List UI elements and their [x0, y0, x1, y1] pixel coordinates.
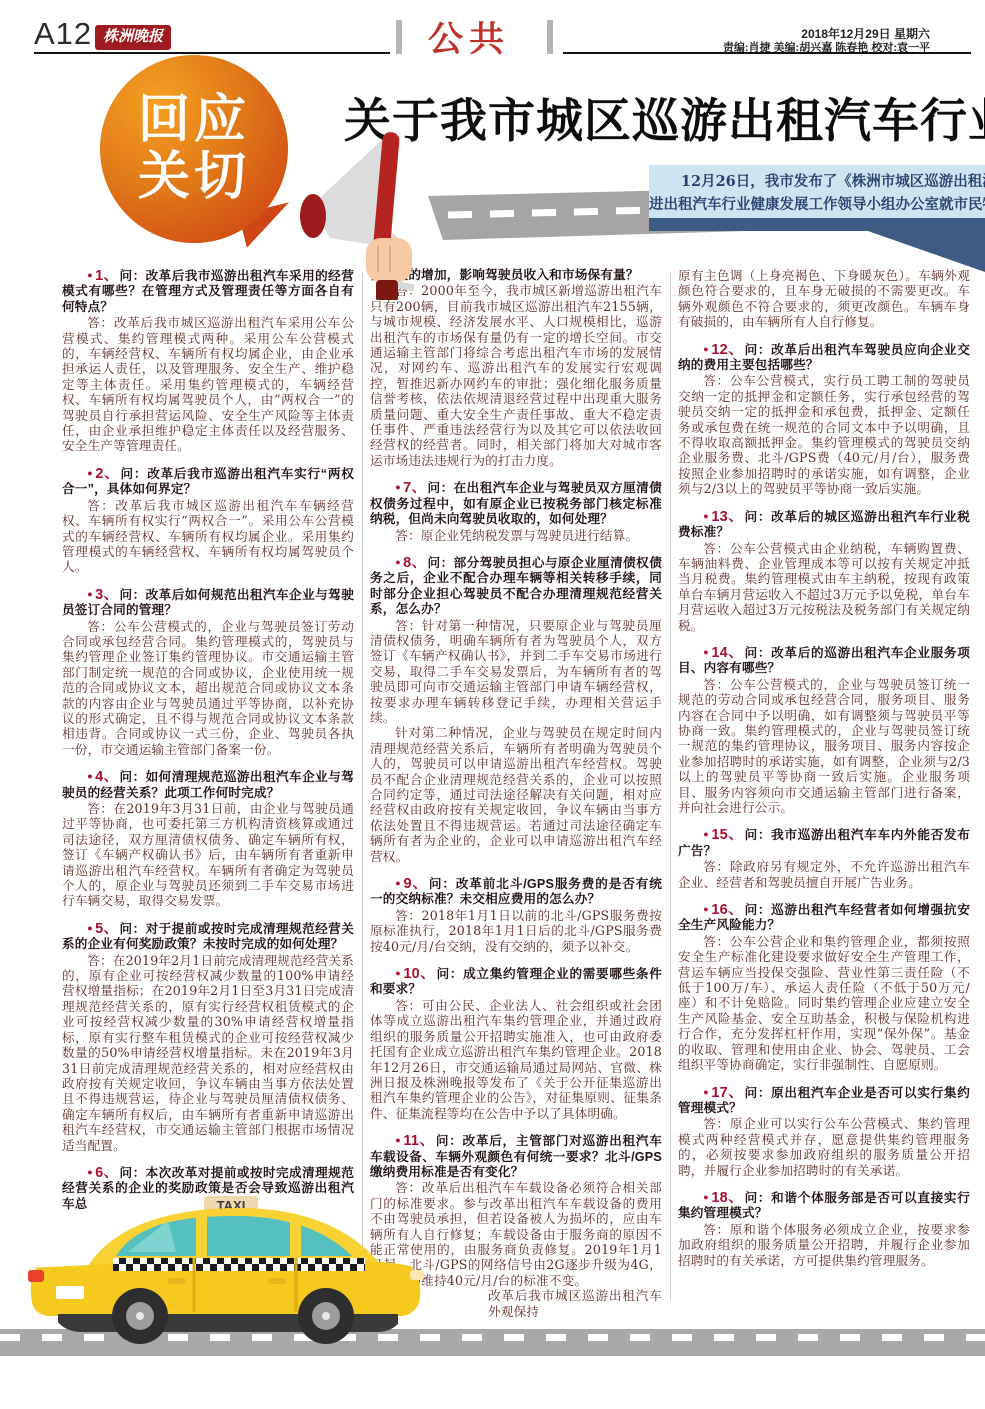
question-paragraph: ●10、问：成立集约管理企业的需要哪些条件和要求？ [370, 966, 662, 998]
question-paragraph: ●13、问：改革后的城区巡游出租汽车行业税费标准？ [678, 509, 970, 541]
answer-paragraph: 答：公车公营企业和集约管理企业，都须按照安全生产标准化建设要求做好安全生产管理工… [678, 934, 970, 1073]
question-paragraph: ●4、问：如何清理规范巡游出租汽车企业与驾驶员的经营关系？此项工作何时完成？ [62, 769, 354, 801]
bullet-icon: ● [87, 270, 95, 280]
question-paragraph: ●5、问：对于提前或按时完成清理规范经营关系的企业有何奖励政策？未按时完成的如何… [62, 921, 354, 953]
question-number: 13、 [711, 509, 744, 525]
column-2: 体数量的增加，影响驾驶员收入和市场保有量？答：2000年至今，我市城区新增巡游出… [370, 268, 662, 1328]
answer-paragraph: 答：原企业可以实行公车公营模式、集约管理模式两种经营模式并存，愿意提供集约管理服… [678, 1116, 970, 1178]
question-number: 9、 [404, 876, 429, 892]
answer-paragraph: 答：原和谐个体服务必须成立企业，按要求参加政府组织的服务质量公开招聘，并履行企业… [678, 1222, 970, 1268]
question-number: 1、 [95, 268, 119, 284]
question-number: 6、 [95, 1165, 119, 1181]
answer-paragraph: 答：公车公营模式的，企业与驾驶员签订统一规范的劳动合同或承包经营合同，服务项目、… [678, 677, 970, 816]
question-paragraph: ●15、问：我市巡游出租汽车车内外能否发布广告？ [678, 827, 970, 859]
answer-paragraph: 针对第二种情况，企业与驾驶员在规定时间内清理规范经营关系后，车辆所有者明确为驾驶… [370, 725, 662, 864]
intro-bubble: 12月26日，我市发布了《株洲市城区巡游出租汽车行 进出租汽车行业健康发展工作领… [649, 165, 985, 220]
taxi-illustration: TAXI [28, 1194, 426, 1352]
answer-paragraph: 答：除政府另有规定外，不允许巡游出租汽车企业、经营者和驾驶员擅自开展广告业务。 [678, 859, 970, 890]
question-paragraph: ●2、问：改革后我市巡游出租汽车实行“两权合一”，具体如何界定？ [62, 466, 354, 498]
question-number: 7、 [403, 480, 427, 496]
answer-paragraph: 答：公车公营模式，实行员工聘工制的驾驶员交纳一定的抵押金和定额任务，实行承包经营… [678, 373, 970, 496]
column-1: ●1、问：改革后我市巡游出租汽车采用的经营模式有哪些？在管理方式及管理责任等方面… [62, 268, 354, 1328]
masthead-rule-right [563, 52, 971, 54]
newspaper-logo: 株洲晚报 [95, 25, 171, 50]
question-number: 5、 [95, 921, 119, 937]
question-paragraph: ●8、问：部分驾驶员担心与原企业厘清债权债务之后，企业不配合办理车辆等相关转移手… [370, 555, 662, 618]
question-paragraph: ●14、问：改革后的巡游出租汽车企业服务项目、内容有哪些？ [678, 645, 970, 677]
article-columns: ●1、问：改革后我市巡游出租汽车采用的经营模式有哪些？在管理方式及管理责任等方面… [62, 268, 970, 1328]
main-headline: 关于我市城区巡游出租汽车行业 [344, 84, 985, 151]
question-number: 12、 [711, 342, 744, 358]
masthead-rule-left [34, 52, 390, 54]
section-title: 公共 [428, 12, 510, 62]
newspaper-page: A12 株洲晚报 公共 2018年12月29日 星期六 责编:肖捷 美编:胡兴嘉… [0, 0, 985, 1409]
section-divider-bar [396, 20, 402, 54]
bullet-icon: ● [87, 923, 95, 933]
answer-paragraph: 答：2018年1月1日以前的北斗/GPS服务费按原标准执行，2018年1月1日后… [370, 908, 662, 954]
badge-line2: 关切 [138, 149, 250, 206]
bullet-icon: ● [87, 771, 95, 781]
question-number: 14、 [711, 645, 744, 661]
megaphone-cone-icon [312, 140, 394, 248]
question-paragraph: ●3、问：改革后如何规范出租汽车企业与驾驶员签订合同的管理？ [62, 587, 354, 619]
question-paragraph: ●1、问：改革后我市巡游出租汽车采用的经营模式有哪些？在管理方式及管理责任等方面… [62, 268, 354, 315]
bullet-icon: ● [87, 589, 95, 599]
question-paragraph: ●9、问：改革前北斗/GPS服务费的是否有统一的交纳标准？未交相应费用的怎么办？ [370, 876, 662, 908]
answer-paragraph: 原有主色调（上身亮褐色、下身暖灰色）。车辆外观颜色符合要求的，且车身无破损的不需… [678, 268, 970, 330]
bullet-icon: ● [395, 482, 403, 492]
answer-paragraph: 答：针对第一种情况，只要原企业与驾驶员厘清债权债务，明确车辆所有者为驾驶员个人，… [370, 618, 662, 726]
question-paragraph: ●17、问：原出租汽车企业是否可以实行集约管理模式？ [678, 1085, 970, 1117]
response-badge: 回应 关切 [100, 55, 288, 243]
column-rule [362, 272, 363, 1300]
bullet-icon: ● [395, 878, 403, 888]
question-paragraph: ●16、问：巡游出租汽车经营者如何增强抗安全生产风险能力？ [678, 902, 970, 934]
question-number: 8、 [403, 555, 427, 571]
answer-paragraph: 答：可由公民、企业法人、社会组织或社会团体等成立巡游出租汽车集约管理企业，并通过… [370, 998, 662, 1121]
question-paragraph: ●7、问：在出租汽车企业与驾驶员双方厘清债权债务过程中，如有原企业已按税务部门核… [370, 480, 662, 527]
question-number: 15、 [711, 827, 744, 843]
intro-line1: 12月26日，我市发布了《株洲市城区巡游出租汽车行 [649, 170, 985, 193]
question-number: 2、 [95, 466, 120, 482]
question-paragraph: ●18、问：和谐个体服务部是否可以直接实行集约管理模式？ [678, 1190, 970, 1222]
question-number: 17、 [711, 1085, 744, 1101]
section-divider-bar [547, 20, 553, 54]
answer-paragraph: 答：公车公营模式由企业纳税，车辆购置费、车辆油料费、企业管理成本等可以按有关规定… [678, 541, 970, 633]
question-number: 11、 [403, 1133, 436, 1149]
column-rule [670, 272, 671, 1300]
answer-paragraph: 答：改革后我市城区巡游出租汽车车辆经营权、车辆所有权实行“两权合一”。采用公车公… [62, 498, 354, 575]
question-number: 4、 [95, 769, 119, 785]
intro-bubble-band [649, 218, 985, 231]
answer-paragraph: 答：公车公营模式的，企业与驾驶员签订劳动合同或承包经营合同。集约管理模式的，驾驶… [62, 619, 354, 758]
megaphone-bell-icon [300, 194, 326, 238]
intro-line2: 进出租汽车行业健康发展工作领导小组办公室就市民特别 [649, 193, 985, 216]
answer-paragraph: 答：原企业凭纳税发票与驾驶员进行结算。 [370, 528, 662, 543]
column-3: 原有主色调（上身亮褐色、下身暖灰色）。车辆外观颜色符合要求的，且车身无破损的不需… [678, 268, 970, 1328]
answer-paragraph: 答：在2019年2月1日前完成清理规范经营关系的，原有企业可按经营权减少数量的1… [62, 953, 354, 1153]
question-number: 3、 [95, 587, 119, 603]
question-paragraph: ●12、问：改革后出租汽车驾驶员应向企业交纳的费用主要包括哪些？ [678, 342, 970, 374]
question-continued: 体数量的增加，影响驾驶员收入和市场保有量？ [370, 268, 662, 283]
question-number: 18、 [711, 1190, 744, 1206]
answer-paragraph: 答：在2019年3月31日前，由企业与驾驶员通过平等协商，也可委托第三方机构清资… [62, 801, 354, 909]
question-number: 10、 [403, 966, 436, 982]
question-paragraph: ●11、问：改革后，主管部门对巡游出租汽车车载设备、车辆外观颜色有何统一要求？北… [370, 1133, 662, 1180]
badge-line1: 回应 [138, 92, 250, 149]
answer-paragraph: 答：改革后我市城区巡游出租汽车采用公车公营模式、集约管理模式两种。采用公车公营模… [62, 315, 354, 454]
bullet-icon: ● [395, 557, 403, 567]
page-number: A12 [34, 16, 92, 52]
question-number: 16、 [711, 902, 744, 918]
answer-paragraph: 答：2000年至今，我市城区新增巡游出租汽车只有200辆，目前我市城区巡游出租汽… [370, 283, 662, 468]
bullet-icon: ● [87, 1167, 95, 1177]
